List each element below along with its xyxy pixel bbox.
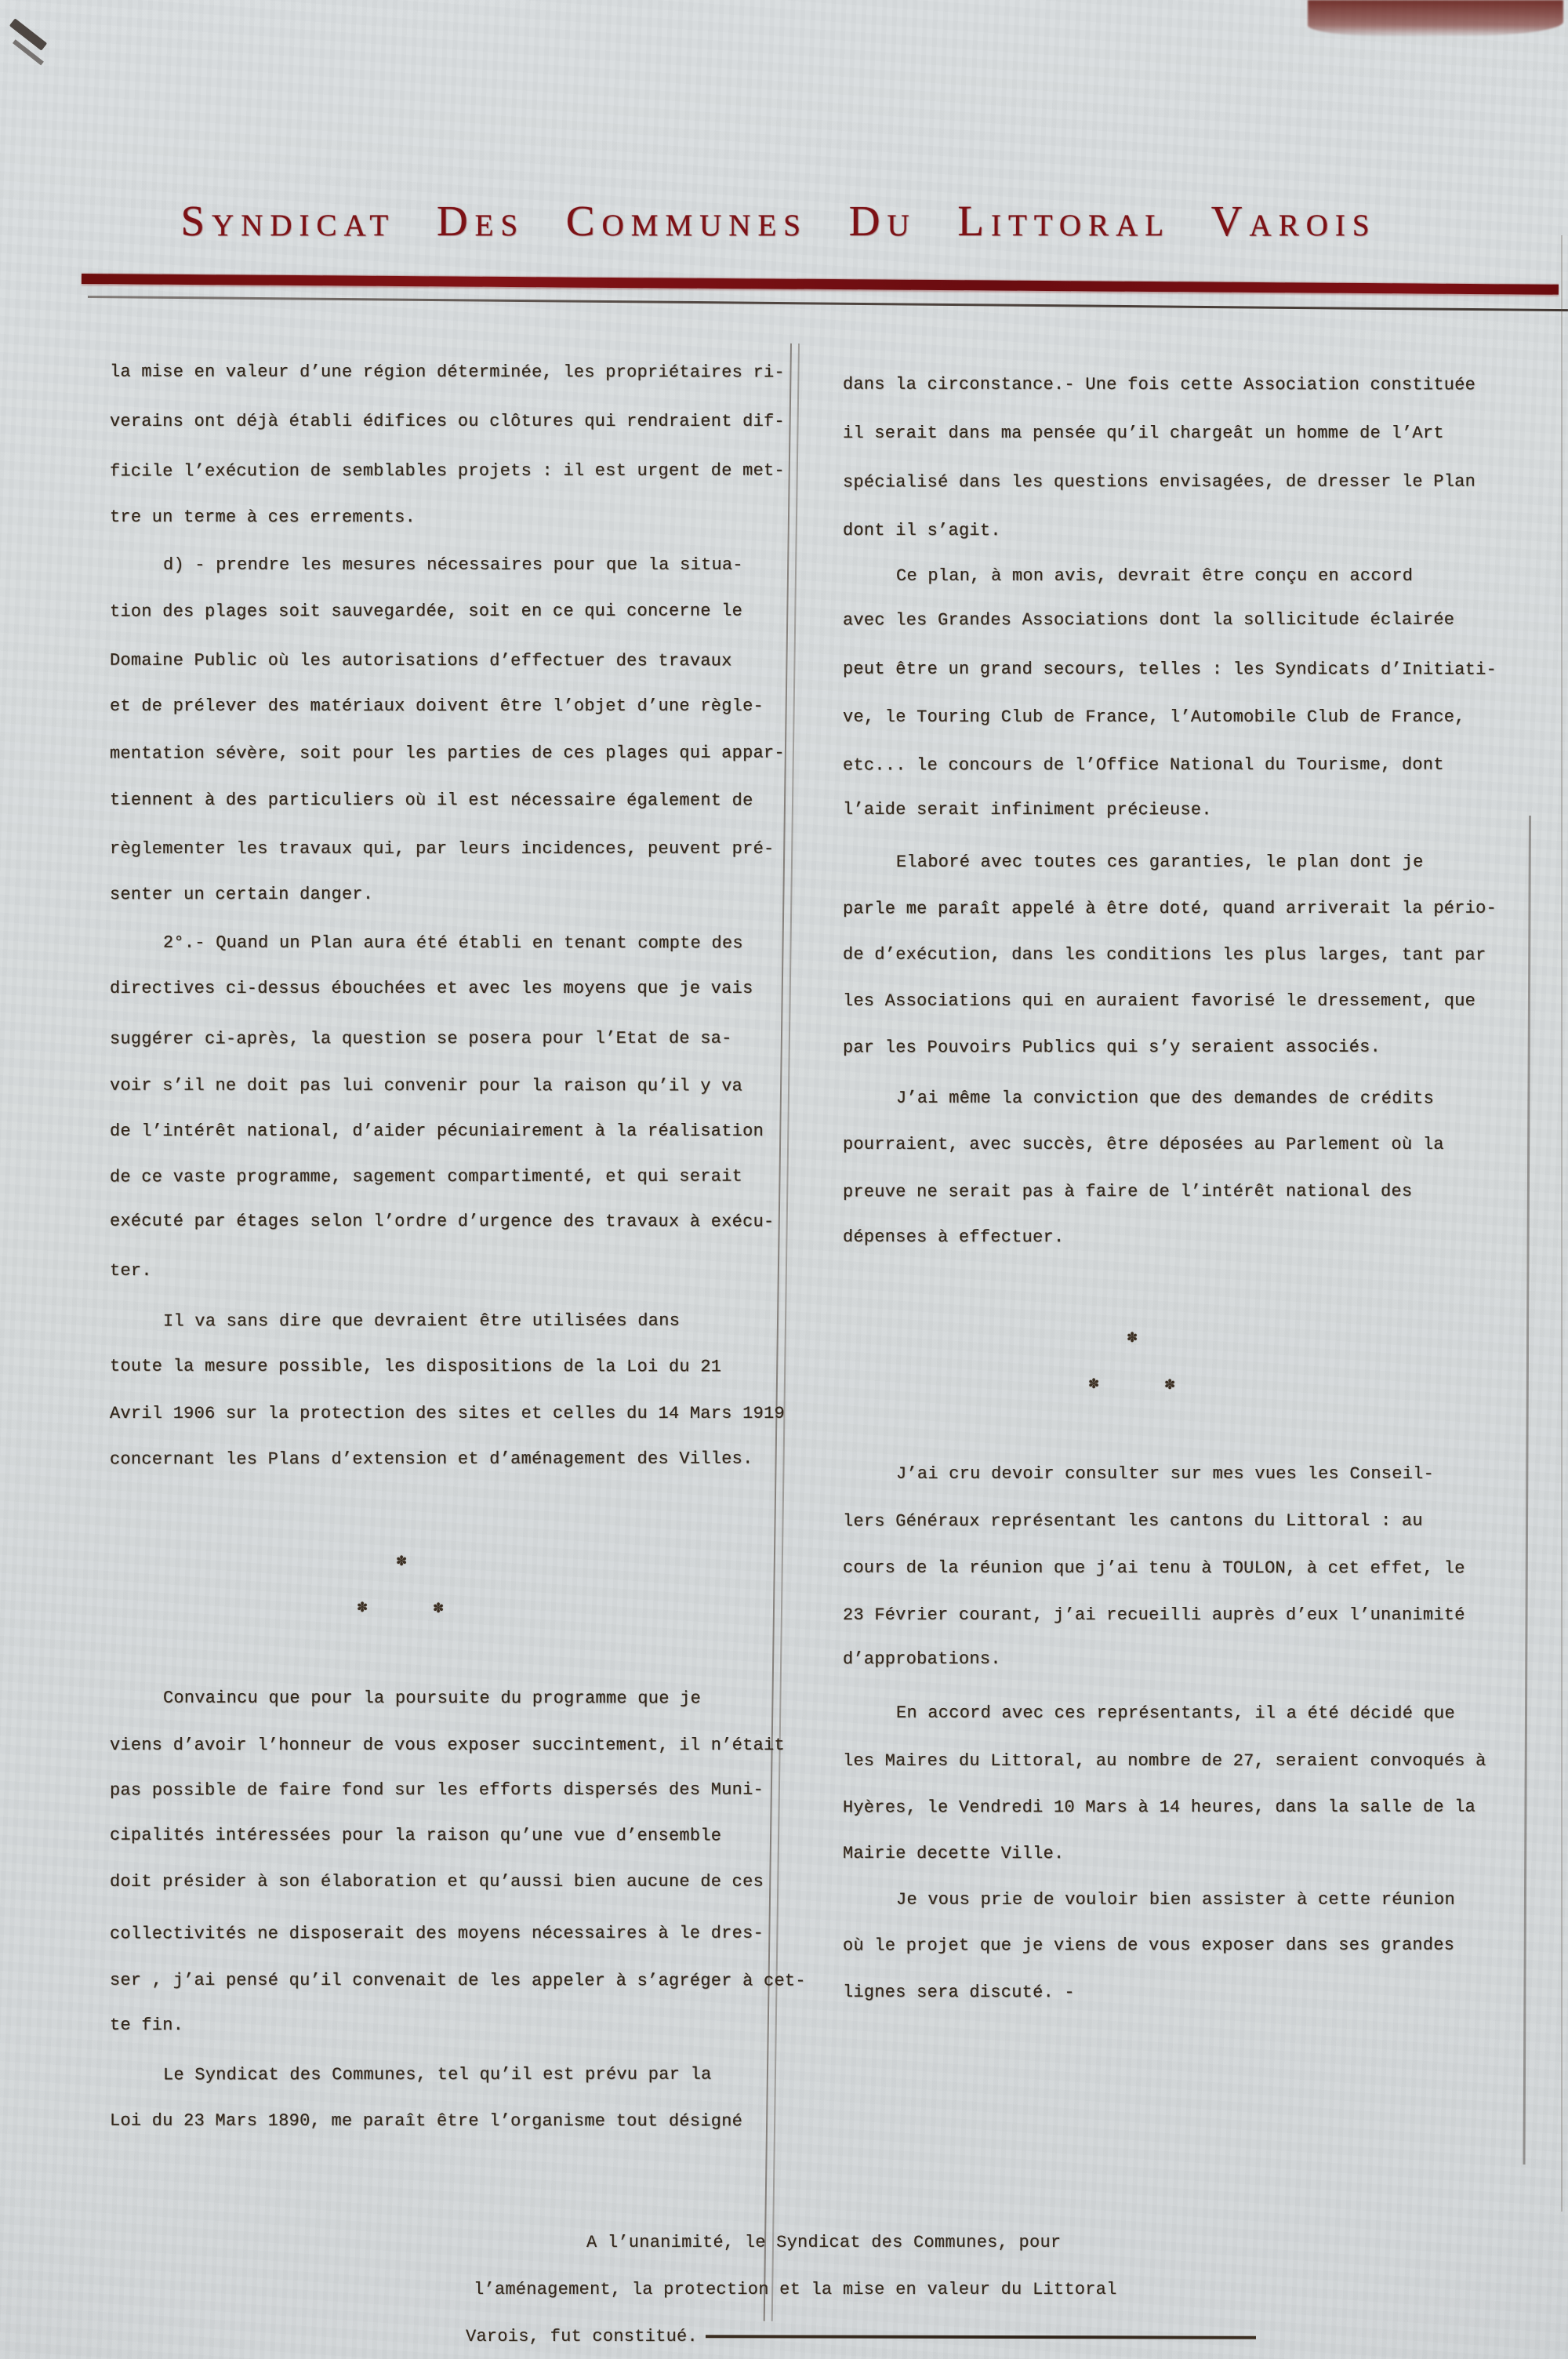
scan-mark-top-left [9, 18, 47, 50]
typewritten-line: ve, le Touring Club de France, l’Automob… [843, 707, 1465, 728]
asterisk-ornament-icon: ✽ [1164, 1377, 1175, 1393]
typewritten-line: Elaboré avec toutes ces garanties, le pl… [896, 852, 1424, 873]
typewritten-line: mentation sévère, soit pour les parties … [110, 743, 785, 765]
typewritten-line: 2°.- Quand un Plan aura été établi en te… [163, 933, 743, 954]
typewritten-line: concernant les Plans d’extension et d’am… [110, 1449, 753, 1470]
typewritten-line: la mise en valeur d’une région déterminé… [110, 362, 785, 383]
typewritten-line: Mairie decette Ville. [843, 1844, 1065, 1864]
typewritten-line: J’ai cru devoir consulter sur mes vues l… [896, 1464, 1434, 1485]
typewritten-line: parle me paraît appelé à être doté, quan… [843, 899, 1497, 920]
typewritten-line: où le projet que je viens de vous expose… [843, 1936, 1454, 1957]
typewritten-line: Hyères, le Vendredi 10 Mars à 14 heures,… [843, 1797, 1475, 1819]
typewritten-line: les Maires du Littoral, au nombre de 27,… [843, 1751, 1486, 1772]
typed-underline [706, 2335, 1256, 2339]
typewritten-line: viens d’avoir l’honneur de vous exposer … [110, 1736, 785, 1756]
typewritten-line: Je vous prie de vouloir bien assister à … [896, 1890, 1455, 1910]
typewritten-line: Convaincu que pour la poursuite du progr… [163, 1688, 701, 1710]
typewritten-line: lers Généraux représentant les cantons d… [843, 1511, 1423, 1532]
typewritten-line: tion des plages soit sauvegardée, soit e… [110, 602, 742, 623]
typewritten-line: Ce plan, à mon avis, devrait être conçu … [896, 566, 1413, 587]
typewritten-line: voir s’il ne doit pas lui convenir pour … [110, 1076, 742, 1097]
typewritten-line: preuve ne serait pas à faire de l’intérê… [843, 1182, 1412, 1203]
right-fold-crease [1523, 816, 1531, 2165]
page-title: Syndicat des Communes du Littoral Varois [0, 196, 1557, 245]
scan-stain-top-right [1308, 0, 1563, 36]
center-fold-line [764, 343, 800, 2321]
typewritten-line: il serait dans ma pensée qu’il chargeât … [843, 423, 1444, 444]
document-scan: { "header": { "title": "Syndicat des Com… [0, 0, 1568, 2359]
typewritten-line: d’approbations. [843, 1649, 1001, 1670]
typewritten-line: Varois, fut constitué. [466, 2327, 1256, 2347]
typewritten-line: ser , j’ai pensé qu’il convenait de les … [110, 1971, 806, 1992]
typewritten-line: tiennent à des particuliers où il est né… [110, 791, 753, 812]
typewritten-line: cipalités intéressées pour la raison qu’… [110, 1826, 721, 1847]
typewritten-line: toute la mesure possible, les dispositio… [110, 1357, 721, 1378]
typewritten-line: lignes sera discuté. - [843, 1983, 1075, 2003]
typewritten-line: avec les Grandes Associations dont la so… [843, 610, 1454, 631]
typewritten-line-text: Varois, fut constitué. [466, 2327, 698, 2346]
typewritten-line: de d’exécution, dans les conditions les … [843, 945, 1486, 966]
typewritten-line: de l’intérêt national, d’aider pécuniair… [110, 1121, 764, 1142]
typewritten-line: etc... le concours de l’Office National … [843, 755, 1444, 776]
typewritten-line: les Associations qui en auraient favoris… [843, 991, 1475, 1012]
asterisk-ornament-icon: ✽ [1127, 1330, 1138, 1346]
typewritten-line: directives ci-dessus ébouchées et avec l… [110, 979, 753, 999]
typewritten-line: d) - prendre les mesures nécessaires pou… [163, 555, 743, 576]
typewritten-line: de ce vaste programme, sagement comparti… [110, 1167, 742, 1188]
typewritten-line: pourraient, avec succès, être déposées a… [843, 1135, 1444, 1155]
typewritten-line: peut être un grand secours, telles : les… [843, 660, 1497, 681]
typewritten-line: Loi du 23 Mars 1890, me paraît être l’or… [110, 2111, 742, 2132]
typewritten-line: suggérer ci-après, la question se posera… [110, 1029, 732, 1050]
typewritten-line: dont il s’agit. [843, 521, 1001, 541]
typewritten-line: pas possible de faire fond sur les effor… [110, 1780, 764, 1801]
typewritten-line: règlementer les travaux qui, par leurs i… [110, 839, 775, 860]
header-rule-thin [88, 296, 1568, 311]
typewritten-line: collectivités ne disposerait des moyens … [110, 1924, 764, 1945]
typewritten-line: verains ont déjà établi édifices ou clôt… [110, 412, 785, 432]
typewritten-line: dans la circonstance.- Une fois cette As… [843, 375, 1475, 396]
typewritten-line: dépenses à effectuer. [843, 1227, 1065, 1248]
typewritten-line: l’aide serait infiniment précieuse. [843, 800, 1212, 820]
typewritten-line: ficile l’exécution de semblables projets… [110, 461, 785, 482]
typewritten-line: te fin. [110, 2016, 183, 2036]
page-edge-line [1561, 235, 1563, 2212]
typewritten-line: l’aménagement, la protection et la mise … [474, 2280, 1117, 2300]
typewritten-line: tre un terme à ces errements. [110, 507, 416, 528]
typewritten-line: spécialisé dans les questions envisagées… [843, 472, 1475, 493]
typewritten-line: doit présider à son élaboration et qu’au… [110, 1872, 764, 1892]
asterisk-ornament-icon: ✽ [1088, 1376, 1099, 1392]
typewritten-line: ter. [110, 1261, 152, 1281]
typewritten-line: Il va sans dire que devraient être utili… [163, 1311, 680, 1332]
asterisk-ornament-icon: ✽ [357, 1600, 368, 1616]
typewritten-line: et de prélever des matériaux doivent êtr… [110, 696, 764, 717]
typewritten-line: cours de la réunion que j’ai tenu à TOUL… [843, 1558, 1465, 1579]
typewritten-line: Le Syndicat des Communes, tel qu’il est … [163, 2065, 712, 2086]
typewritten-line: exécuté par étages selon l’ordre d’urgen… [110, 1212, 775, 1233]
asterisk-ornament-icon: ✽ [396, 1554, 407, 1569]
asterisk-ornament-icon: ✽ [433, 1601, 444, 1616]
header-rule-thick [82, 274, 1559, 295]
typewritten-line: par les Pouvoirs Publics qui s’y seraien… [843, 1038, 1381, 1059]
typewritten-line: A l’unanimité, le Syndicat des Communes,… [586, 2233, 1061, 2253]
typewritten-line: 23 Février courant, j’ai recueilli auprè… [843, 1605, 1465, 1626]
typewritten-line: En accord avec ces représentants, il a é… [896, 1703, 1455, 1725]
typewritten-line: senter un certain danger. [110, 885, 373, 905]
typewritten-line: Domaine Public où les autorisations d’ef… [110, 651, 732, 672]
typewritten-line: J’ai même la conviction que des demandes… [896, 1089, 1434, 1110]
typewritten-line: Avril 1906 sur la protection des sites e… [110, 1404, 785, 1424]
